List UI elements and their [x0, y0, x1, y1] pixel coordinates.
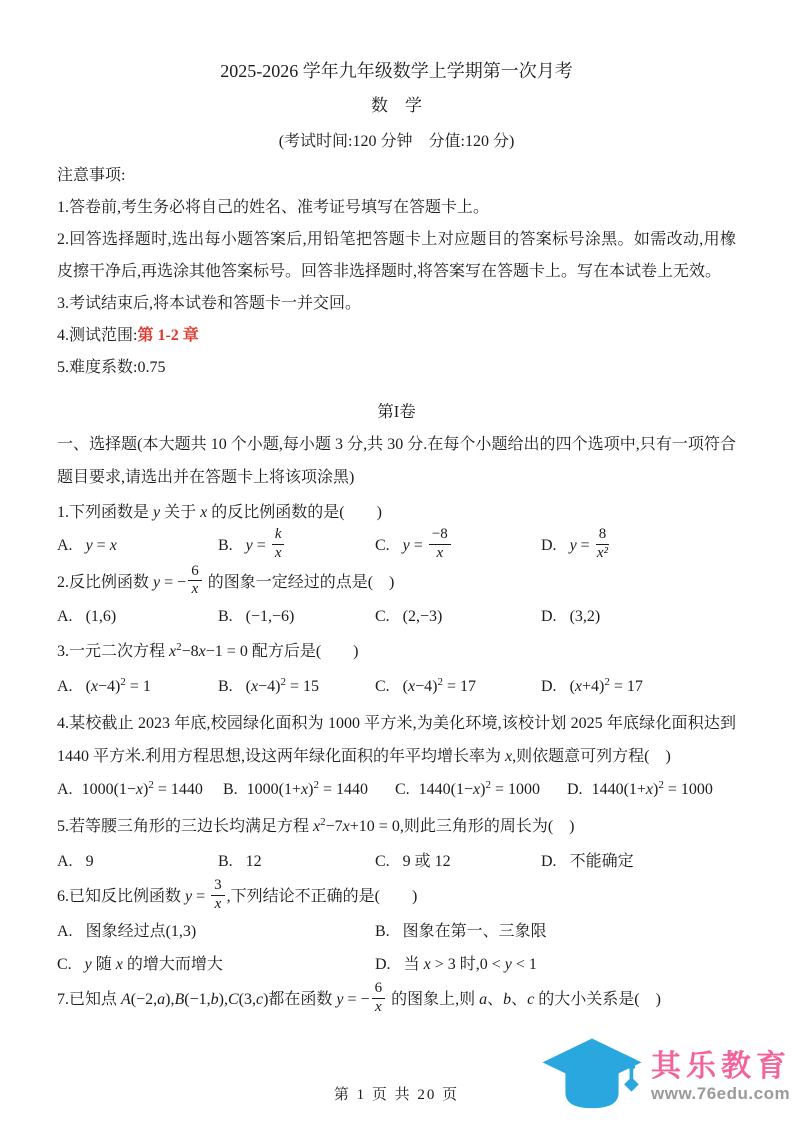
- question-1-stem: 1.下列函数是 y 关于 x 的反比例函数的是( ): [57, 496, 736, 529]
- brand-text-block: 其乐教育 www.76edu.com: [651, 1050, 791, 1105]
- option-d: D.(3,2): [541, 600, 736, 633]
- option-b: B.1000(1+x)2 = 1440: [223, 773, 395, 808]
- question-2-stem: 2.反比例函数 y = −6x 的图象一定经过的点是( ): [57, 566, 736, 601]
- test-range-highlight: 第 1-2 章: [137, 327, 198, 344]
- question-2-options: A.(1,6) B.(−1,−6) C.(2,−3) D.(3,2): [57, 600, 736, 633]
- notice-item-2: 2.回答选择题时,选出每小题答案后,用铅笔把答题卡上对应题目的答案标号涂黑。如需…: [57, 224, 736, 288]
- notice-item-5: 5.难度系数:0.75: [57, 352, 736, 384]
- exam-info-line: (考试时间:120 分钟 分值:120 分): [57, 124, 736, 160]
- notice-item-3: 3.考试结束后,将本试卷和答题卡一并交回。: [57, 288, 736, 320]
- option-c: C.1440(1−x)2 = 1000: [395, 773, 567, 808]
- question-7-stem: 7.已知点 A(−2,a),B(−1,b),C(3,c)都在函数 y = −6x…: [57, 983, 736, 1018]
- option-a: A.y = x: [57, 529, 218, 564]
- notice-item-4: 4.测试范围:第 1-2 章: [57, 320, 736, 352]
- option-c: C.y 随 x 的增大而增大: [57, 948, 375, 981]
- option-c: C.(x−4)2 = 17: [375, 670, 541, 705]
- page-number: 第 1 页 共 20 页: [334, 1087, 459, 1103]
- question-1-options: A.y = x B.y = kx C.y = −8x D.y = 8x²: [57, 529, 736, 564]
- option-d: D.当 x > 3 时,0 < y < 1: [375, 948, 736, 981]
- option-d: D.(x+4)2 = 17: [541, 670, 736, 705]
- option-c: C.9 或 12: [375, 845, 541, 878]
- brand-url: www.76edu.com: [651, 1084, 791, 1104]
- option-b: B.(x−4)2 = 15: [218, 670, 375, 705]
- option-a: A.9: [57, 845, 218, 878]
- graduation-cap-icon: [537, 1034, 647, 1120]
- exam-subject: 数 学: [57, 88, 736, 124]
- option-c: C.(2,−3): [375, 600, 541, 633]
- question-5-options: A.9 B.12 C.9 或 12 D.不能确定: [57, 845, 736, 878]
- notices-section: 注意事项: 1.答卷前,考生务必将自己的姓名、准考证号填写在答题卡上。 2.回答…: [57, 160, 736, 384]
- section-heading: 一、选择题(本大题共 10 个小题,每小题 3 分,共 30 分.在每个小题给出…: [57, 428, 736, 494]
- test-range-prefix: 4.测试范围:: [57, 327, 137, 344]
- option-d: D.1440(1+x)2 = 1000: [567, 773, 736, 808]
- question-2: 2.反比例函数 y = −6x 的图象一定经过的点是( ) A.(1,6) B.…: [57, 566, 736, 634]
- question-4: 4.某校截止 2023 年底,校园绿化面积为 1000 平方米,为美化环境,该校…: [57, 707, 736, 808]
- exam-header: 2025-2026 学年九年级数学上学期第一次月考 数 学 (考试时间:120 …: [57, 54, 736, 160]
- option-b: B.(−1,−6): [218, 600, 375, 633]
- option-c: C.y = −8x: [375, 529, 541, 564]
- exam-paper-page: 2025-2026 学年九年级数学上学期第一次月考 数 学 (考试时间:120 …: [0, 0, 793, 1122]
- question-3-stem: 3.一元二次方程 x2−8x−1 = 0 配方后是( ): [57, 635, 736, 670]
- brand-logo: 其乐教育 www.76edu.com: [537, 1034, 791, 1120]
- question-4-stem: 4.某校截止 2023 年底,校园绿化面积为 1000 平方米,为美化环境,该校…: [57, 707, 736, 773]
- exam-title: 2025-2026 学年九年级数学上学期第一次月考: [57, 54, 736, 88]
- notices-heading: 注意事项:: [57, 160, 736, 192]
- option-a: A.图象经过点(1,3): [57, 915, 375, 948]
- brand-name: 其乐教育: [651, 1050, 791, 1085]
- option-b: B.图象在第一、三象限: [375, 915, 736, 948]
- option-d: D.y = 8x²: [541, 529, 736, 564]
- question-3-options: A.(x−4)2 = 1 B.(x−4)2 = 15 C.(x−4)2 = 17…: [57, 670, 736, 705]
- option-a: A.(x−4)2 = 1: [57, 670, 218, 705]
- question-1: 1.下列函数是 y 关于 x 的反比例函数的是( ) A.y = x B.y =…: [57, 496, 736, 564]
- question-3: 3.一元二次方程 x2−8x−1 = 0 配方后是( ) A.(x−4)2 = …: [57, 635, 736, 705]
- part-title: 第I卷: [57, 396, 736, 428]
- question-5: 5.若等腰三角形的三边长均满足方程 x2−7x+10 = 0,则此三角形的周长为…: [57, 810, 736, 878]
- question-6: 6.已知反比例函数 y = 3x,下列结论不正确的是( ) A.图象经过点(1,…: [57, 880, 736, 981]
- question-6-stem: 6.已知反比例函数 y = 3x,下列结论不正确的是( ): [57, 880, 736, 915]
- option-b: B.y = kx: [218, 529, 375, 564]
- option-a: A.1000(1−x)2 = 1440: [57, 773, 223, 808]
- option-d: D.不能确定: [541, 845, 736, 878]
- question-7: 7.已知点 A(−2,a),B(−1,b),C(3,c)都在函数 y = −6x…: [57, 983, 736, 1018]
- option-a: A.(1,6): [57, 600, 218, 633]
- question-4-options: A.1000(1−x)2 = 1440 B.1000(1+x)2 = 1440 …: [57, 773, 736, 808]
- question-6-options: A.图象经过点(1,3) B.图象在第一、三象限 C.y 随 x 的增大而增大 …: [57, 915, 736, 981]
- option-b: B.12: [218, 845, 375, 878]
- notice-item-1: 1.答卷前,考生务必将自己的姓名、准考证号填写在答题卡上。: [57, 192, 736, 224]
- question-5-stem: 5.若等腰三角形的三边长均满足方程 x2−7x+10 = 0,则此三角形的周长为…: [57, 810, 736, 845]
